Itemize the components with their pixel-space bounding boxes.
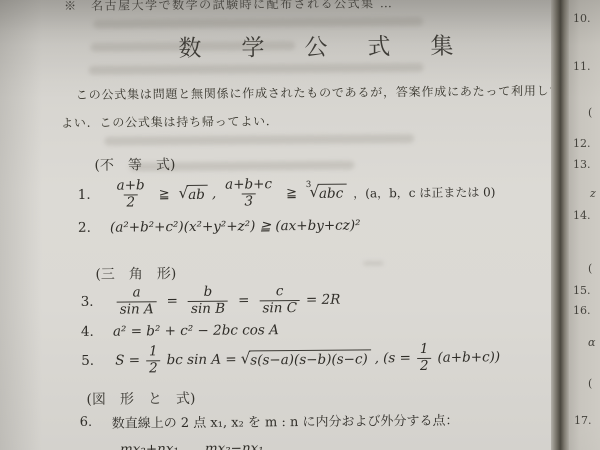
fraction-denominator: 3 — [241, 193, 256, 210]
page-edge-number: 14. — [573, 209, 591, 222]
radicand: ab — [187, 184, 208, 203]
bleedthrough-mark — [363, 261, 383, 265]
fraction: 1 2 — [146, 344, 161, 376]
cube-root: 3 √ abc — [306, 183, 346, 202]
square-root: √ ab — [179, 184, 208, 203]
formula-3-tail: = 2R — [306, 292, 340, 308]
comma: , — [212, 186, 216, 202]
fraction-numerator: 1 — [417, 342, 432, 358]
fraction: b sin B — [188, 285, 228, 317]
page-edge-number: 12. — [573, 137, 591, 150]
formula-6-number: 6. — [80, 415, 100, 430]
formula-3-number: 3. — [81, 294, 101, 310]
fraction-denominator: 2 — [146, 360, 161, 377]
radicand: s(s−a)(s−b)(s−c) — [249, 349, 371, 369]
bleedthrough-line — [93, 17, 423, 29]
formula-4-number: 4. — [81, 324, 101, 340]
equals-sign: = — [167, 293, 178, 309]
page-edge-number: 15. — [573, 284, 591, 297]
formula-6: 6. 数直線上の 2 点 x₁, x₂ を m : n に内分および外分する点： — [80, 410, 459, 432]
formula-5-mid: bc sin A = — [167, 352, 237, 369]
formula-2-body: (a²+b²+c²)(x²+y²+z²) ≧ (ax+by+cz)² — [110, 217, 361, 235]
fraction-numerator: a+b — [114, 178, 148, 194]
formula-6-text: 数直線上の 2 点 x₁, x₂ を m : n に内分および外分する点： — [112, 410, 459, 432]
formula-4: 4. a² = b² + c² − 2bc cos A — [81, 322, 279, 340]
intro-line-2: よい．この公式集は持ち帰ってよい． — [61, 112, 279, 131]
distribution-note: ※ 名古屋大学で数学の試験時に配布される公式集 … — [64, 0, 393, 14]
fraction-numerator: c — [273, 284, 287, 300]
geq-sign: ≧ — [286, 186, 297, 201]
page-edge-shadow — [551, 0, 569, 450]
formula-1-condition: ，(a，b，c は正または 0) — [353, 183, 495, 201]
formula-sheet-page: ※ 名古屋大学で数学の試験時に配布される公式集 … 数学公式集 この公式集は問題… — [0, 0, 600, 450]
fraction-numerator: b — [201, 285, 216, 301]
fraction: c sin C — [259, 284, 300, 316]
fraction: a sin A — [117, 285, 157, 317]
fraction-numerator: a+b+c — [222, 177, 275, 193]
page-edge-glyph: ( — [588, 106, 592, 119]
fraction-numerator: a — [129, 285, 143, 301]
intro-line-1: この公式集は問題と無関係に作成されたものであるが，答案作成にあたって利用して — [76, 82, 563, 103]
page-edge-number: 13. — [573, 158, 591, 171]
formula-5-number: 5. — [81, 353, 101, 369]
comma: , — [375, 350, 379, 366]
bleedthrough-line — [104, 134, 414, 146]
page-edge-number: 11. — [573, 60, 591, 73]
section-heading-inequalities: (不 等 式) — [94, 154, 175, 175]
fraction-denominator: 2 — [123, 194, 138, 211]
formula-2-number: 2. — [78, 220, 98, 236]
formula-4-body: a² = b² + c² − 2bc cos A — [113, 322, 279, 339]
bleedthrough-line — [89, 63, 424, 75]
geq-sign: ≧ — [159, 187, 170, 202]
formula-3: 3. a sin A = b sin B = c sin C = 2R — [81, 284, 343, 318]
page-title: 数学公式集 — [178, 27, 493, 63]
page-edge-glyph: ( — [588, 377, 592, 390]
fraction-numerator: 1 — [146, 344, 161, 360]
underlying-page-edge: 10. 11. ( 12. 13. z 14. ( 15. 16. α ( 17… — [569, 0, 600, 450]
square-root: √ s(s−a)(s−b)(s−c) — [241, 349, 371, 369]
fraction: 1 2 — [417, 342, 432, 374]
page-edge-glyph: z — [590, 187, 596, 200]
book-photo: ※ 名古屋大学で数学の試験時に配布される公式集 … 数学公式集 この公式集は問題… — [0, 0, 600, 450]
equals-sign: = — [238, 292, 249, 308]
fraction-denominator: sin B — [188, 300, 228, 317]
formula-1-number: 1. — [78, 187, 98, 203]
radicand: abc — [318, 183, 346, 202]
page-edge-glyph: α — [588, 336, 595, 349]
formula-2: 2. (a²+b²+c²)(x²+y²+z²) ≧ (ax+by+cz)² — [78, 217, 361, 235]
formula-1: 1. a+b 2 ≧ √ ab , a+b+c 3 ≧ 3 √ abc ，(a，… — [78, 175, 496, 211]
fraction: a+b 2 — [114, 178, 148, 210]
page-edge-glyph: ( — [588, 262, 592, 275]
partial-expression: mx₂+nx₁ — [120, 441, 179, 450]
page-edge-number: 17. — [574, 414, 592, 427]
fraction-denominator: sin A — [117, 301, 157, 318]
formula-6-partial-line: mx₂+nx₁ mx₂−nx₁ — [120, 440, 264, 450]
page-edge-number: 16. — [573, 304, 591, 317]
fraction-denominator: sin C — [259, 300, 300, 317]
formula-5-open: (s = — [383, 350, 411, 366]
fraction: a+b+c 3 — [222, 177, 275, 209]
formula-5: 5. S = 1 2 bc sin A = √ s(s−a)(s−b)(s−c)… — [81, 341, 502, 377]
partial-expression: mx₂−nx₁ — [205, 440, 264, 450]
fraction-denominator: 2 — [417, 357, 432, 374]
section-heading-triangles: (三 角 形) — [95, 263, 176, 284]
formula-5-close: (a+b+c)) — [437, 349, 500, 366]
section-heading-figures: (図 形 と 式) — [86, 388, 195, 409]
page-edge-number: 10. — [573, 12, 591, 25]
formula-5-lead: S = — [115, 352, 140, 368]
